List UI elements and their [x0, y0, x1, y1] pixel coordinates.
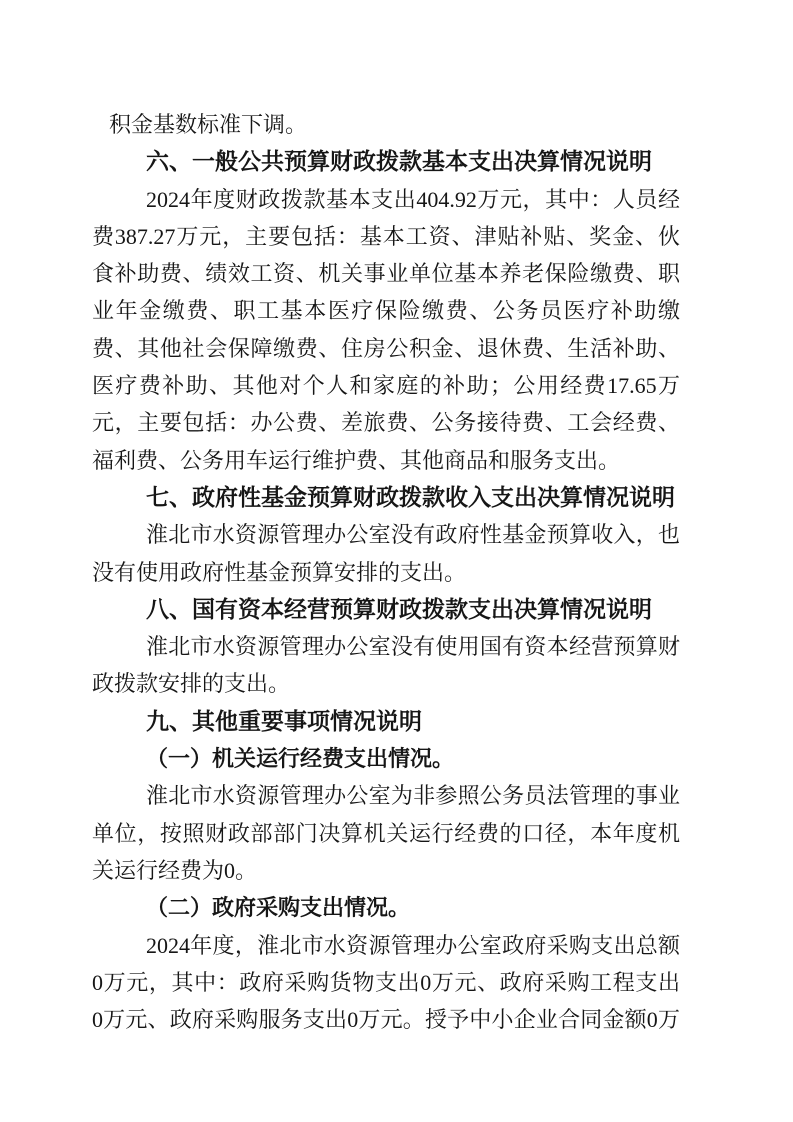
body-text-line: 0万元，其中：政府采购货物支出0万元、政府采购工程支出: [92, 964, 680, 1001]
sub-section-heading: （二）政府采购支出情况。: [92, 889, 680, 926]
section-heading: 七、政府性基金预算财政拨款收入支出决算情况说明: [92, 479, 680, 516]
body-text-line: 业年金缴费、职工基本医疗保险缴费、公务员医疗补助缴: [92, 292, 680, 329]
body-text-line: 淮北市水资源管理办公室没有政府性基金预算收入，也: [92, 516, 680, 553]
body-text-line: 医疗费补助、其他对个人和家庭的补助；公用经费17.65万: [92, 367, 680, 404]
body-text-line: 元，主要包括：办公费、差旅费、公务接待费、工会经费、: [92, 404, 680, 441]
section-heading: 八、国有资本经营预算财政拨款支出决算情况说明: [92, 591, 680, 628]
body-text-line: 2024年度，淮北市水资源管理办公室政府采购支出总额: [92, 927, 680, 964]
body-text-line: 淮北市水资源管理办公室为非参照公务员法管理的事业: [92, 777, 680, 814]
sub-section-heading: （一）机关运行经费支出情况。: [92, 740, 680, 777]
body-text-line: 费387.27万元，主要包括：基本工资、津贴补贴、奖金、伙: [92, 218, 680, 255]
section-heading: 九、其他重要事项情况说明: [92, 703, 680, 740]
body-text-line: 费、其他社会保障缴费、住房公积金、退休费、生活补助、: [92, 330, 680, 367]
body-text-line: 淮北市水资源管理办公室没有使用国有资本经营预算财: [92, 628, 680, 665]
body-text-line: 0万元、政府采购服务支出0万元。授予中小企业合同金额0万: [92, 1001, 680, 1038]
body-text-line: 食补助费、绩效工资、机关事业单位基本养老保险缴费、职: [92, 255, 680, 292]
body-text-line: 政拨款安排的支出。: [92, 665, 680, 702]
section-heading: 六、一般公共预算财政拨款基本支出决算情况说明: [92, 143, 680, 180]
body-text-line: 2024年度财政拨款基本支出404.92万元，其中：人员经: [92, 181, 680, 218]
text-column: 积金基数标准下调。六、一般公共预算财政拨款基本支出决算情况说明2024年度财政拨…: [92, 106, 680, 1038]
body-text-line: 关运行经费为0。: [92, 852, 680, 889]
body-text-line: 单位，按照财政部部门决算机关运行经费的口径，本年度机: [92, 815, 680, 852]
document-page: 积金基数标准下调。六、一般公共预算财政拨款基本支出决算情况说明2024年度财政拨…: [0, 0, 793, 1122]
body-text-line: 没有使用政府性基金预算安排的支出。: [92, 554, 680, 591]
body-text-line: 福利费、公务用车运行维护费、其他商品和服务支出。: [92, 442, 680, 479]
body-text-line: 积金基数标准下调。: [92, 106, 680, 143]
